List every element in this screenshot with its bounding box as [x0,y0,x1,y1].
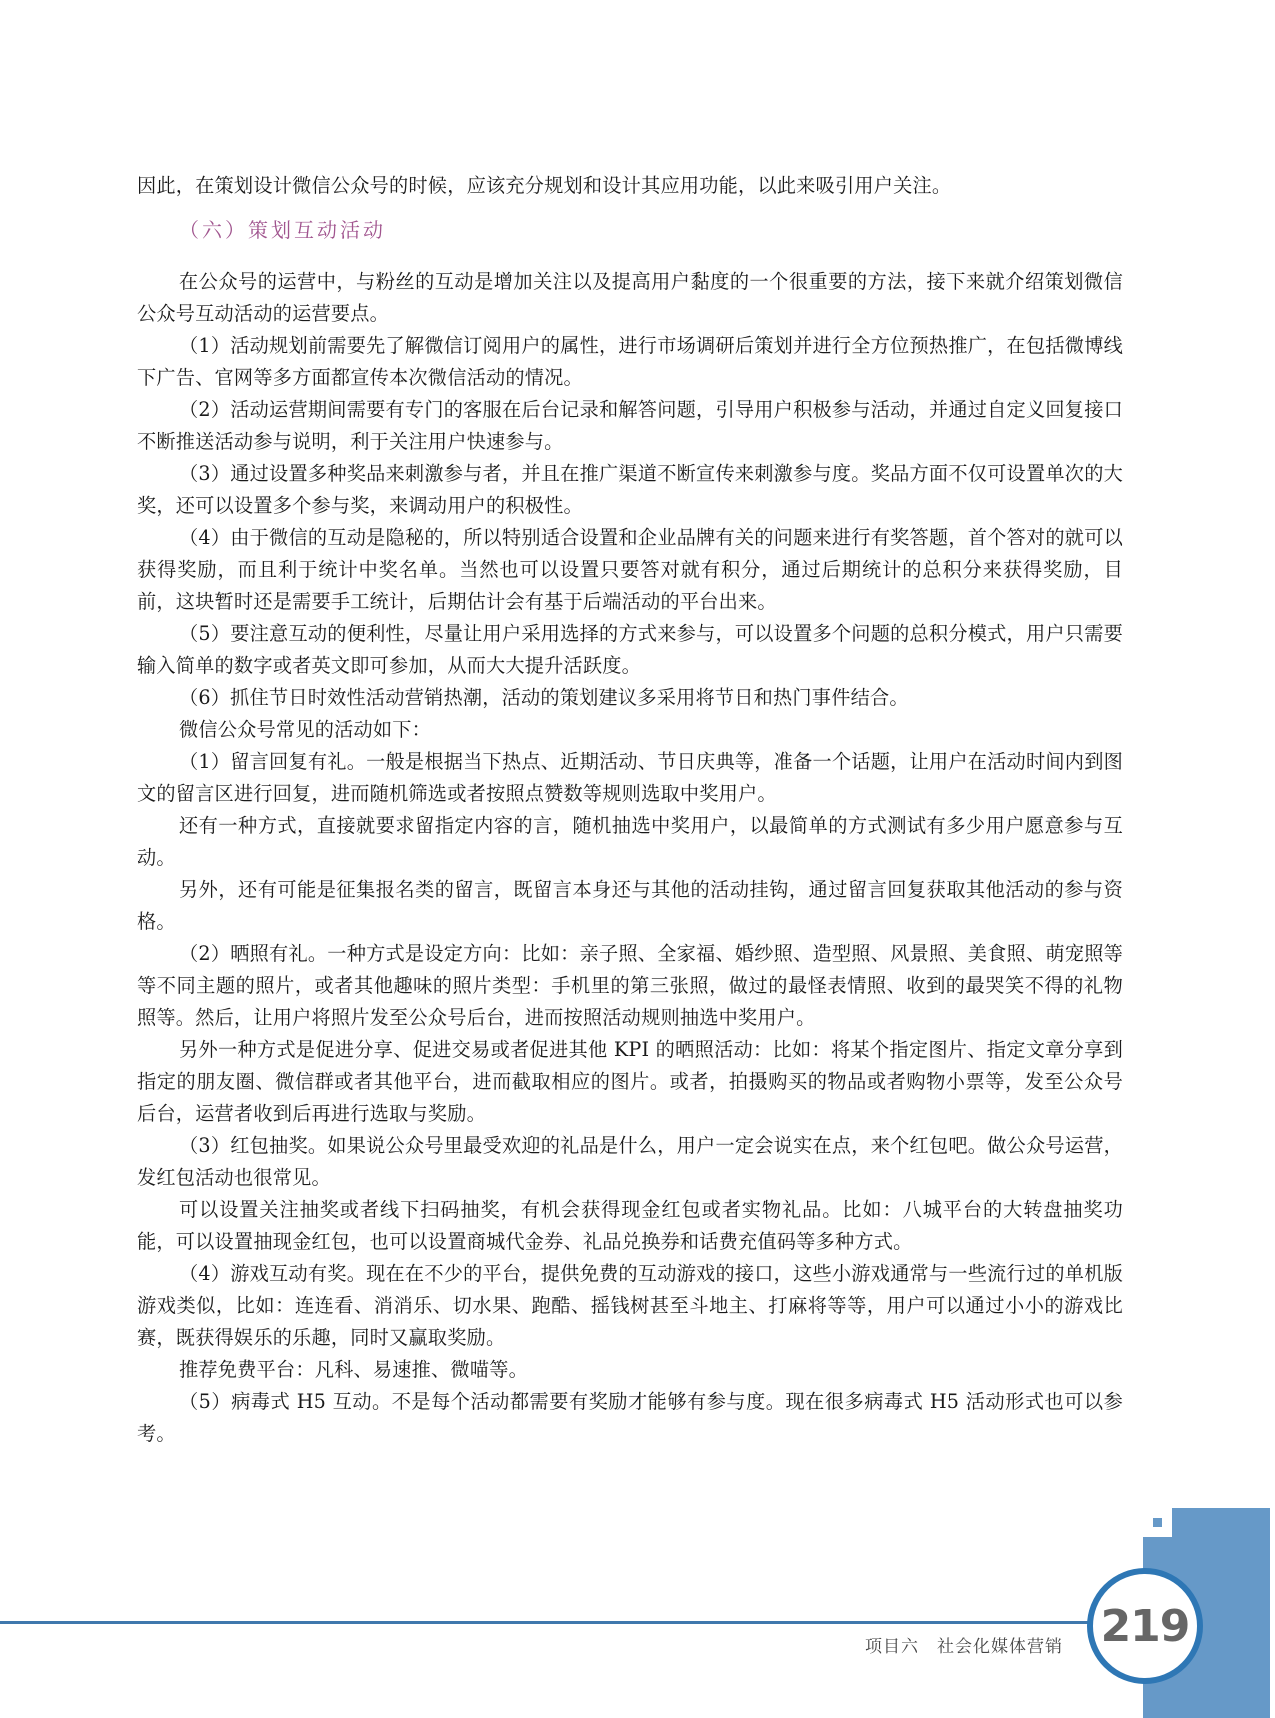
paragraph: 微信公众号常见的活动如下： [137,714,1123,746]
paragraph: 还有一种方式，直接就要求留指定内容的言，随机抽选中奖用户，以最简单的方式测试有多… [137,810,1123,874]
paragraph: （3）通过设置多种奖品来刺激参与者，并且在推广渠道不断宣传来刺激参与度。奖品方面… [137,458,1123,522]
decorative-blue-square [1153,1518,1162,1527]
paragraph: 另外一种方式是促进分享、促进交易或者促进其他 KPI 的晒照活动：比如：将某个指… [137,1034,1123,1130]
page-number-badge: 219 [1087,1568,1203,1684]
footer-chapter-title: 项目六 社会化媒体营销 [865,1632,1063,1657]
page-body: 因此，在策划设计微信公众号的时候，应该充分规划和设计其应用功能，以此来吸引用户关… [137,170,1123,1450]
footer-rule [0,1621,1092,1624]
paragraph: （5）病毒式 H5 互动。不是每个活动都需要有奖励才能够有参与度。现在很多病毒式… [137,1386,1123,1450]
page-number: 219 [1101,1601,1190,1652]
paragraph: 另外，还有可能是征集报名类的留言，既留言本身还与其他的活动挂钩，通过留言回复获取… [137,874,1123,938]
intro-paragraph: 因此，在策划设计微信公众号的时候，应该充分规划和设计其应用功能，以此来吸引用户关… [137,170,1123,202]
paragraph: 可以设置关注抽奖或者线下扫码抽奖，有机会获得现金红包或者实物礼品。比如：八城平台… [137,1194,1123,1258]
paragraph: （3）红包抽奖。如果说公众号里最受欢迎的礼品是什么，用户一定会说实在点，来个红包… [137,1130,1123,1194]
paragraph: （2）晒照有礼。一种方式是设定方向：比如：亲子照、全家福、婚纱照、造型照、风景照… [137,938,1123,1034]
paragraph: （2）活动运营期间需要有专门的客服在后台记录和解答问题，引导用户积极参与活动，并… [137,394,1123,458]
paragraph: 推荐免费平台：凡科、易速推、微喵等。 [137,1354,1123,1386]
paragraph: （1）活动规划前需要先了解微信订阅用户的属性，进行市场调研后策划并进行全方位预热… [137,330,1123,394]
paragraph: （5）要注意互动的便利性，尽量让用户采用选择的方式来参与，可以设置多个问题的总积… [137,618,1123,682]
paragraph: 在公众号的运营中，与粉丝的互动是增加关注以及提高用户黏度的一个很重要的方法，接下… [137,266,1123,330]
paragraph: （4）由于微信的互动是隐秘的，所以特别适合设置和企业品牌有关的问题来进行有奖答题… [137,522,1123,618]
section-heading: （六）策划互动活动 [179,214,1123,246]
paragraph: （4）游戏互动有奖。现在在不少的平台，提供免费的互动游戏的接口，这些小游戏通常与… [137,1258,1123,1354]
paragraph: （1）留言回复有礼。一般是根据当下热点、近期活动、节日庆典等，准备一个话题，让用… [137,746,1123,810]
paragraph: （6）抓住节日时效性活动营销热潮，活动的策划建议多采用将节日和热门事件结合。 [137,682,1123,714]
